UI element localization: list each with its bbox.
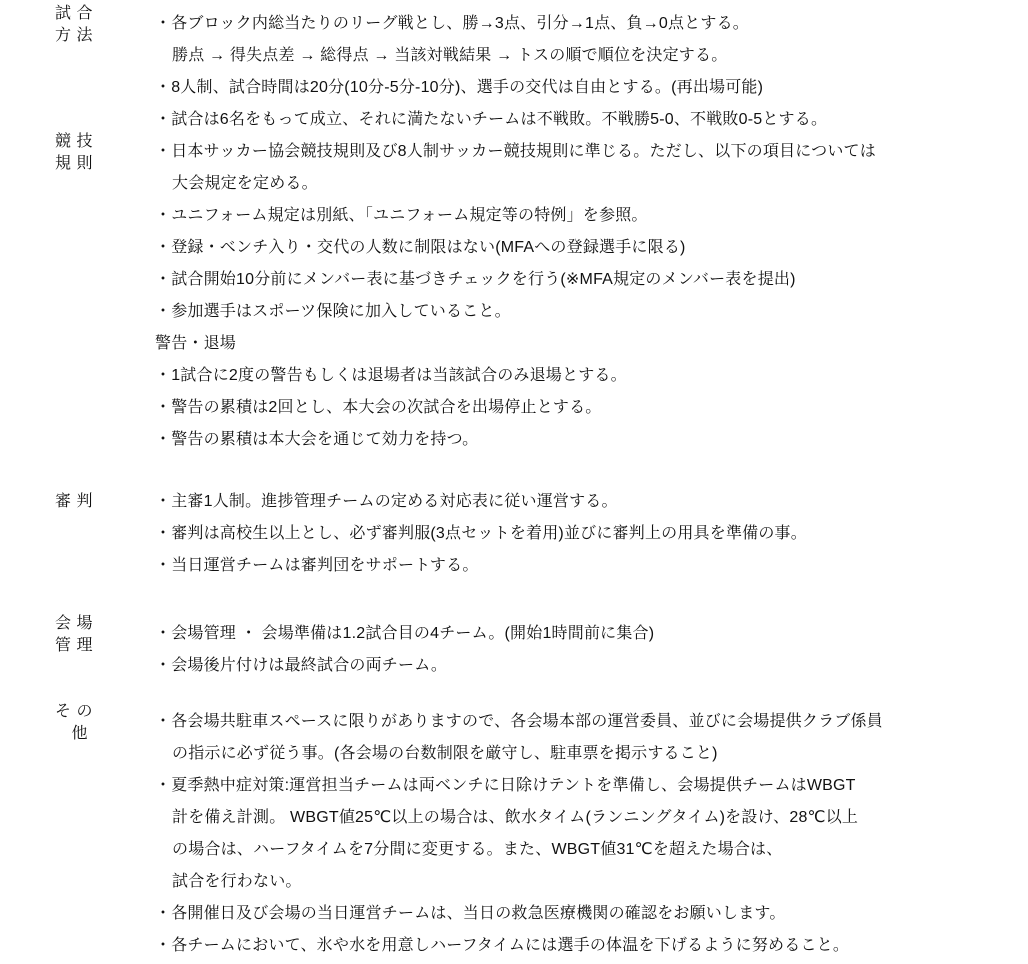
- text-line: ・8人制、試合時間は20分(10分-5分-10分)、選手の交代は自由とする。(再…: [155, 72, 1028, 104]
- line-text: 警告の累積は本大会を通じて効力を持つ。: [171, 431, 478, 448]
- line-text: 審判は高校生以上とし、必ず審判服(3点セットを着用)並びに審判上の用具を準備の事…: [171, 525, 807, 542]
- bullet-marker: ・: [155, 657, 171, 674]
- section-label: そ の 他: [0, 701, 155, 745]
- line-text: ユニフォーム規定は別紙、「ユニフォーム規定等の特例」を参照。: [171, 207, 647, 224]
- tournament-rules-document: 試 合 方 法 ・各ブロック内総当たりのリーグ戦とし、勝→3点、引分→1点、負→…: [0, 8, 1028, 962]
- section-label: 審 判: [0, 486, 155, 513]
- text-line: ・1試合に2度の警告もしくは退場者は当該試合のみ退場とする。: [155, 360, 1028, 392]
- line-text: 夏季熱中症対策:運営担当チームは両ベンチに日除けテントを準備し、会場提供チームは…: [171, 777, 855, 794]
- section-content: ・会場管理 ・ 会場準備は1.2試合目の4チーム。(開始1時間前に集合) ・会場…: [155, 618, 1028, 682]
- text-line: 勝点 → 得失点差 → 総得点 → 当該対戦結果 → トスの順で順位を決定する。: [155, 40, 1028, 72]
- section-content: ・日本サッカー協会競技規則及び8人制サッカー競技規則に準じる。ただし、以下の項目…: [155, 136, 1028, 456]
- bullet-marker: ・: [155, 367, 171, 384]
- text-line: ・参加選手はスポーツ保険に加入していること。: [155, 296, 1028, 328]
- rules-section-other: そ の 他 ・各会場共駐車スペースに限りがありますので、各会場本部の運営委員、並…: [0, 706, 1028, 962]
- text-line: ・会場管理 ・ 会場準備は1.2試合目の4チーム。(開始1時間前に集合): [155, 618, 1028, 650]
- line-text: 勝点 → 得失点差 → 総得点 → 当該対戦結果 → トスの順で順位を決定する。: [172, 47, 727, 64]
- section-content: ・主審1人制。進捗管理チームの定める対応表に従い運営する。 ・審判は高校生以上と…: [155, 486, 1028, 582]
- text-line: ・試合開始10分前にメンバー表に基づきチェックを行う(※MFA規定のメンバー表を…: [155, 264, 1028, 296]
- section-label-line: 試 合: [55, 3, 155, 25]
- bullet-marker: ・: [155, 557, 171, 574]
- line-text: 主審1人制。進捗管理チームの定める対応表に従い運営する。: [171, 493, 618, 510]
- section-label-line: 競 技: [55, 131, 155, 153]
- text-line: の指示に必ず従う事。(各会場の台数制限を厳守し、駐車票を掲示すること): [155, 738, 1028, 770]
- rules-section-match-method: 試 合 方 法 ・各ブロック内総当たりのリーグ戦とし、勝→3点、引分→1点、負→…: [0, 8, 1028, 136]
- line-text: 参加選手はスポーツ保険に加入していること。: [171, 303, 511, 320]
- text-line: 計を備え計測。 WBGT値25℃以上の場合は、飲水タイム(ランニングタイム)を設…: [155, 802, 1028, 834]
- text-line: ・主審1人制。進捗管理チームの定める対応表に従い運営する。: [155, 486, 1028, 518]
- line-text: 試合を行わない。: [172, 873, 302, 890]
- text-line: ・各会場共駐車スペースに限りがありますので、各会場本部の運営委員、並びに会場提供…: [155, 706, 1028, 738]
- bullet-marker: ・: [155, 15, 171, 32]
- rules-section-venue-management: 会 場 管 理 ・会場管理 ・ 会場準備は1.2試合目の4チーム。(開始1時間前…: [0, 618, 1028, 682]
- section-content: ・各ブロック内総当たりのリーグ戦とし、勝→3点、引分→1点、負→0点とする。 勝…: [155, 8, 1028, 136]
- text-line: ・警告の累積は2回とし、本大会の次試合を出場停止とする。: [155, 392, 1028, 424]
- line-text: 登録・ベンチ入り・交代の人数に制限はない(MFAへの登録選手に限る): [171, 239, 685, 256]
- section-label-line: 会 場: [55, 613, 155, 635]
- line-text: 会場後片付けは最終試合の両チーム。: [171, 657, 447, 674]
- line-text: 当日運営チームは審判団をサポートする。: [171, 557, 478, 574]
- section-label-line: 他: [55, 723, 155, 745]
- text-line: ・各ブロック内総当たりのリーグ戦とし、勝→3点、引分→1点、負→0点とする。: [155, 8, 1028, 40]
- line-text: の場合は、ハーフタイムを7分間に変更する。また、WBGT値31℃を超えた場合は、: [172, 841, 782, 858]
- line-text: 各会場共駐車スペースに限りがありますので、各会場本部の運営委員、並びに会場提供ク…: [171, 713, 883, 730]
- section-label-line: 管 理: [55, 635, 155, 657]
- line-text: 会場管理 ・ 会場準備は1.2試合目の4チーム。(開始1時間前に集合): [171, 625, 654, 642]
- bullet-marker: ・: [155, 937, 171, 954]
- bullet-marker: ・: [155, 399, 171, 416]
- text-line: ・日本サッカー協会競技規則及び8人制サッカー競技規則に準じる。ただし、以下の項目…: [155, 136, 1028, 168]
- line-text: 計を備え計測。 WBGT値25℃以上の場合は、飲水タイム(ランニングタイム)を設…: [172, 809, 858, 826]
- section-label-line: 方 法: [55, 25, 155, 47]
- bullet-marker: ・: [155, 79, 171, 96]
- text-line: ・当日運営チームは審判団をサポートする。: [155, 550, 1028, 582]
- bullet-marker: ・: [155, 525, 171, 542]
- bullet-marker: ・: [155, 777, 171, 794]
- line-text: 各開催日及び会場の当日運営チームは、当日の救急医療機関の確認をお願いします。: [171, 905, 785, 922]
- line-text: 警告の累積は2回とし、本大会の次試合を出場停止とする。: [171, 399, 601, 416]
- bullet-marker: ・: [155, 271, 171, 288]
- bullet-marker: ・: [155, 111, 171, 128]
- section-label-line: 審 判: [55, 491, 155, 513]
- section-label: 競 技 規 則: [0, 131, 155, 175]
- text-line: ・各チームにおいて、氷や水を用意しハーフタイムには選手の体温を下げるように努める…: [155, 930, 1028, 962]
- text-line: の場合は、ハーフタイムを7分間に変更する。また、WBGT値31℃を超えた場合は、: [155, 834, 1028, 866]
- text-line: ・登録・ベンチ入り・交代の人数に制限はない(MFAへの登録選手に限る): [155, 232, 1028, 264]
- bullet-marker: ・: [155, 207, 171, 224]
- text-line: 警告・退場: [155, 328, 1028, 360]
- line-text: 日本サッカー協会競技規則及び8人制サッカー競技規則に準じる。ただし、以下の項目に…: [171, 143, 876, 160]
- line-text: の指示に必ず従う事。(各会場の台数制限を厳守し、駐車票を掲示すること): [172, 745, 718, 762]
- bullet-marker: ・: [155, 239, 171, 256]
- text-line: ・ユニフォーム規定は別紙、「ユニフォーム規定等の特例」を参照。: [155, 200, 1028, 232]
- bullet-marker: ・: [155, 303, 171, 320]
- text-line: 大会規定を定める。: [155, 168, 1028, 200]
- line-text: 各チームにおいて、氷や水を用意しハーフタイムには選手の体温を下げるように努めるこ…: [171, 937, 849, 954]
- section-content: ・各会場共駐車スペースに限りがありますので、各会場本部の運営委員、並びに会場提供…: [155, 706, 1028, 962]
- line-text: 各ブロック内総当たりのリーグ戦とし、勝→3点、引分→1点、負→0点とする。: [171, 15, 749, 32]
- text-line: ・審判は高校生以上とし、必ず審判服(3点セットを着用)並びに審判上の用具を準備の…: [155, 518, 1028, 550]
- rules-section-referee: 審 判 ・主審1人制。進捗管理チームの定める対応表に従い運営する。 ・審判は高校…: [0, 486, 1028, 582]
- section-label: 試 合 方 法: [0, 3, 155, 47]
- line-text: 大会規定を定める。: [172, 175, 318, 192]
- line-text: 8人制、試合時間は20分(10分-5分-10分)、選手の交代は自由とする。(再出…: [171, 79, 763, 96]
- text-line: ・警告の累積は本大会を通じて効力を持つ。: [155, 424, 1028, 456]
- text-line: ・夏季熱中症対策:運営担当チームは両ベンチに日除けテントを準備し、会場提供チーム…: [155, 770, 1028, 802]
- bullet-marker: ・: [155, 493, 171, 510]
- text-line: ・会場後片付けは最終試合の両チーム。: [155, 650, 1028, 682]
- text-line: ・試合は6名をもって成立、それに満たないチームは不戦敗。不戦勝5-0、不戦敗0-…: [155, 104, 1028, 136]
- bullet-marker: ・: [155, 625, 171, 642]
- section-label: 会 場 管 理: [0, 613, 155, 657]
- bullet-marker: ・: [155, 905, 171, 922]
- bullet-marker: ・: [155, 143, 171, 160]
- rules-section-competition-rules: 競 技 規 則 ・日本サッカー協会競技規則及び8人制サッカー競技規則に準じる。た…: [0, 136, 1028, 456]
- text-line: ・各開催日及び会場の当日運営チームは、当日の救急医療機関の確認をお願いします。: [155, 898, 1028, 930]
- section-label-line: そ の: [55, 701, 155, 723]
- text-line: 試合を行わない。: [155, 866, 1028, 898]
- line-text: 1試合に2度の警告もしくは退場者は当該試合のみ退場とする。: [171, 367, 627, 384]
- line-text: 試合は6名をもって成立、それに満たないチームは不戦敗。不戦勝5-0、不戦敗0-5…: [171, 111, 827, 128]
- document-page: 試 合 方 法 ・各ブロック内総当たりのリーグ戦とし、勝→3点、引分→1点、負→…: [0, 0, 1028, 964]
- bullet-marker: ・: [155, 713, 171, 730]
- section-label-line: 規 則: [55, 153, 155, 175]
- line-text: 警告・退場: [155, 335, 236, 352]
- bullet-marker: ・: [155, 431, 171, 448]
- line-text: 試合開始10分前にメンバー表に基づきチェックを行う(※MFA規定のメンバー表を提…: [171, 271, 795, 288]
